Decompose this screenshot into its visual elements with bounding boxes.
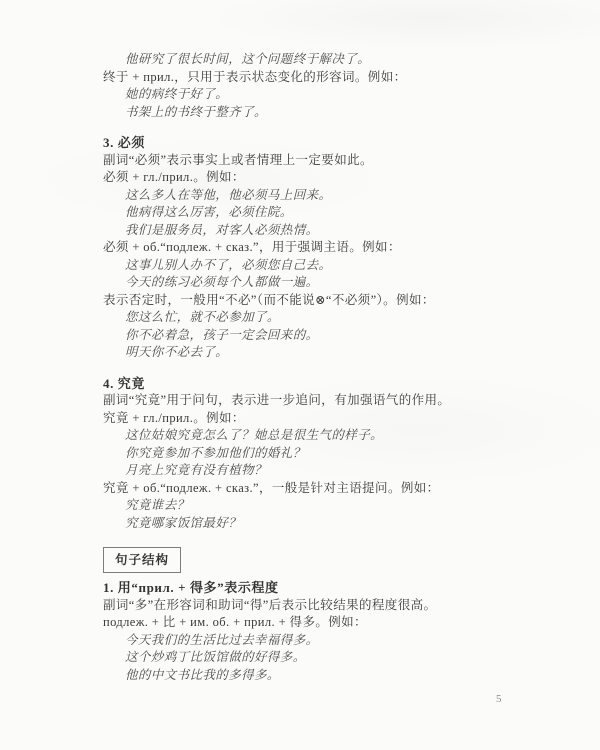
example-sentence: 明天你不必去了。 (103, 344, 545, 362)
grammar-pattern-line: 必须 + гл./прил.。例如： (103, 169, 545, 187)
grammar-pattern-line: подлеж. + 比 + им. об. + прил. + 得多。例如： (103, 614, 545, 632)
page-number: 5 (496, 693, 502, 705)
grammar-section-deduo: 1. 用“прил. + 得多”表示程度 副词“多”在形容词和助词“得”后表示比… (103, 579, 545, 684)
sentence-structure-box: 句子结构 (103, 547, 181, 573)
example-sentence: 我们是服务员，对客人必须热情。 (103, 222, 545, 240)
example-sentence: 他研究了很长时间，这个问题终于解决了。 (103, 51, 545, 69)
example-sentence: 他病得这么厉害，必须住院。 (103, 204, 545, 222)
example-sentence: 究竟哪家饭馆最好？ (103, 515, 545, 533)
example-sentence: 您这么忙，就不必参加了。 (103, 309, 545, 327)
example-sentence: 这么多人在等他，他必须马上回来。 (103, 187, 545, 205)
body-text-line: 副词“多”在形容词和助词“得”后表示比较结果的程度很高。 (103, 597, 545, 615)
example-sentence: 今天的练习必须每个人都做一遍。 (103, 274, 545, 292)
example-sentence: 究竟谁去？ (103, 497, 545, 515)
grammar-pattern-line: 究竟 + об.“подлеж. + сказ.”，一般是针对主语提问。例如： (103, 480, 545, 498)
grammar-section-zhongyu-continuation: 他研究了很长时间，这个问题终于解决了。 终于 + прил.，只用于表示状态变化… (103, 51, 545, 121)
grammar-pattern-line: 必须 + об.“подлеж. + сказ.”，用于强调主语。例如： (103, 239, 545, 257)
grammar-pattern-line: 究竟 + гл./прил.。例如： (103, 410, 545, 428)
grammar-pattern-line: 终于 + прил.，只用于表示状态变化的形容词。例如： (103, 69, 545, 87)
example-sentence: 今天我们的生活比过去幸福得多。 (103, 632, 545, 650)
example-sentence: 书架上的书终于整齐了。 (103, 104, 545, 122)
grammar-section-jiujing: 4. 究竟 副词“究竟”用于问句，表示进一步追问，有加强语气的作用。 究竟 + … (103, 375, 545, 533)
section-heading: 4. 究竟 (103, 375, 545, 393)
section-heading: 1. 用“прил. + 得多”表示程度 (103, 579, 545, 597)
example-sentence: 这位姑娘究竟怎么了？她总是很生气的样子。 (103, 427, 545, 445)
example-sentence: 你究竟参加不参加他们的婚礼？ (103, 445, 545, 463)
body-text-line: 副词“究竟”用于问句，表示进一步追问，有加强语气的作用。 (103, 392, 545, 410)
example-sentence: 他的中文书比我的多得多。 (103, 667, 545, 685)
sentence-structure-box-title: 句子结构 (115, 553, 169, 567)
example-sentence: 这个炒鸡丁比饭馆做的好得多。 (103, 649, 545, 667)
example-sentence: 月亮上究竟有没有植物？ (103, 462, 545, 480)
grammar-section-bixu: 3. 必须 副词“必须”表示事实上或者情理上一定要如此。 必须 + гл./пр… (103, 134, 545, 362)
body-text-line: 表示否定时，一般用“不必”（而不能说⊗“不必须”）。例如： (103, 292, 545, 310)
section-heading: 3. 必须 (103, 134, 545, 152)
example-sentence: 她的病终于好了。 (103, 86, 545, 104)
body-text-line: 副词“必须”表示事实上或者情理上一定要如此。 (103, 152, 545, 170)
textbook-page: 他研究了很长时间，这个问题终于解决了。 终于 + прил.，只用于表示状态变化… (0, 0, 600, 750)
example-sentence: 你不必着急，孩子一定会回来的。 (103, 327, 545, 345)
example-sentence: 这事儿别人办不了，必须您自己去。 (103, 257, 545, 275)
